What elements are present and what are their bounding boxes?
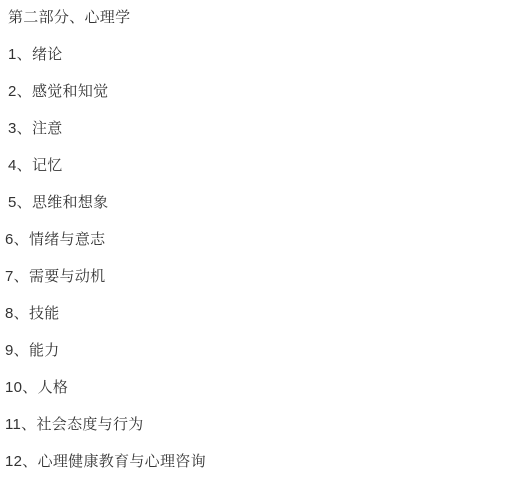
list-item-11: 11、社会态度与行为 — [0, 417, 532, 432]
list-item-6: 6、情绪与意志 — [0, 232, 532, 247]
list-item-4: 4、记忆 — [0, 158, 532, 173]
list-item-7: 7、需要与动机 — [0, 269, 532, 284]
section-title: 第二部分、心理学 — [0, 10, 532, 25]
list-item-5: 5、思维和想象 — [0, 195, 532, 210]
list-item-2: 2、感觉和知觉 — [0, 84, 532, 99]
document-body: 第二部分、心理学 1、绪论 2、感觉和知觉 3、注意 4、记忆 5、思维和想象 … — [0, 0, 532, 489]
list-item-12: 12、心理健康教育与心理咨询 — [0, 454, 532, 469]
list-item-3: 3、注意 — [0, 121, 532, 136]
list-item-9: 9、能力 — [0, 343, 532, 358]
list-item-8: 8、技能 — [0, 306, 532, 321]
list-item-1: 1、绪论 — [0, 47, 532, 62]
list-item-10: 10、人格 — [0, 380, 532, 395]
